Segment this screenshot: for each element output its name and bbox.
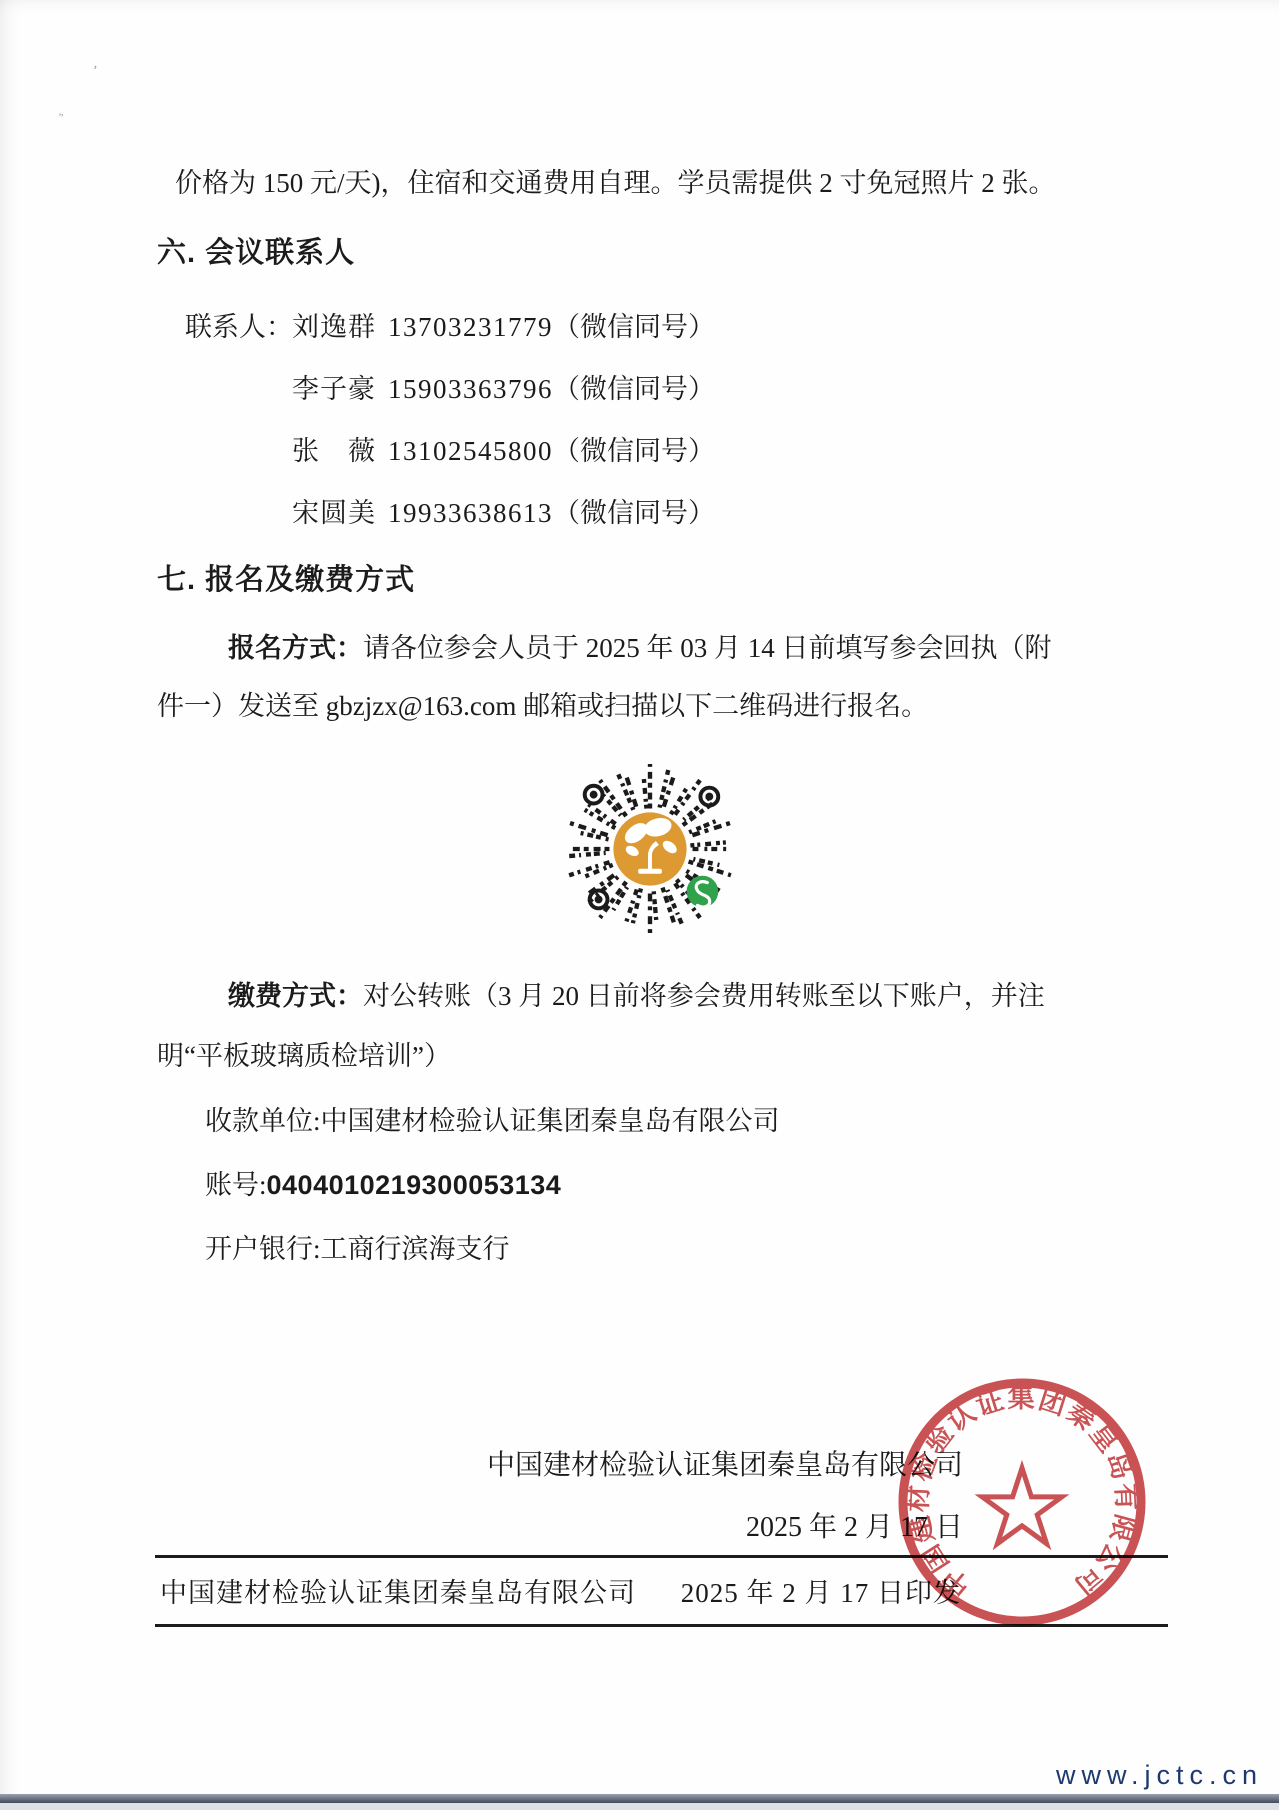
phone-number: 19933638613 — [388, 498, 553, 528]
account-label: 账号: — [205, 1170, 267, 1200]
phone-number: 13703231779 — [388, 312, 553, 342]
signup-line-1: 报名方式：请各位参会人员于 2025 年 03 月 14 日前填写参会回执（附 — [228, 631, 1052, 665]
signup-text: 请各位参会人员于 2025 年 03 月 14 日前填写参会回执（附 — [363, 633, 1052, 663]
footer-strip — [0, 1803, 1279, 1810]
payment-label: 缴费方式： — [228, 981, 363, 1011]
contacts-label: 联系人： — [185, 310, 293, 344]
miniprogram-badge-icon — [687, 876, 719, 908]
payee-line: 收款单位:中国建材检验认证集团秦皇岛有限公司 — [205, 1104, 780, 1138]
scan-speck: ’ — [90, 64, 98, 81]
scan-speck: ” — [57, 112, 64, 125]
seal-star-icon — [982, 1468, 1062, 1544]
payment-line-1: 缴费方式：对公转账（3 月 20 日前将参会费用转账至以下账户，并注 — [228, 979, 1045, 1013]
footer-company: 中国建材检验认证集团秦皇岛有限公司 — [160, 1571, 636, 1610]
phone-number: 13102545800 — [388, 436, 553, 466]
contact-phone: 19933638613（微信同号） — [388, 496, 715, 530]
section6-title: 六. 会议联系人 — [157, 236, 355, 270]
signup-line-2: 件一）发送至 gbzjzx@163.com 邮箱或扫描以下二维码进行报名。 — [157, 689, 928, 723]
bank-line: 开户银行:工商行滨海支行 — [205, 1232, 510, 1266]
contact-name: 李子豪 — [292, 372, 376, 406]
qr-center-logo — [613, 812, 686, 885]
contact-phone: 13102545800（微信同号） — [388, 434, 715, 468]
contact-name: 刘逸群 — [292, 310, 376, 344]
signup-label: 报名方式： — [228, 633, 363, 663]
account-number: 0404010219300053134 — [267, 1170, 562, 1200]
contact-name: 宋圆美 — [292, 496, 376, 530]
intro-line: 价格为 150 元/天)，住宿和交通费用自理。学员需提供 2 寸免冠照片 2 张… — [175, 166, 1056, 200]
contact-phone: 15903363796（微信同号） — [388, 372, 715, 406]
company-seal-stamp: 中国建材检验认证集团秦皇岛有限公司 — [892, 1372, 1152, 1632]
contact-phone: 13703231779（微信同号） — [388, 310, 715, 344]
section7-title: 七. 报名及缴费方式 — [157, 563, 415, 597]
footer-bar — [0, 1794, 1279, 1803]
scanned-document-page: ’ ” 价格为 150 元/天)，住宿和交通费用自理。学员需提供 2 寸免冠照片… — [0, 0, 1279, 1810]
qr-code — [561, 760, 739, 938]
payment-text: 对公转账（3 月 20 日前将参会费用转账至以下账户，并注 — [363, 981, 1045, 1011]
contact-name: 张 薇 — [292, 434, 376, 468]
phone-number: 15903363796 — [388, 374, 553, 404]
wechat-note: （微信同号） — [553, 498, 715, 528]
website-url: www.jctc.cn — [1056, 1760, 1263, 1791]
wechat-note: （微信同号） — [553, 436, 715, 466]
account-line: 账号:0404010219300053134 — [205, 1168, 561, 1202]
wechat-note: （微信同号） — [553, 312, 715, 342]
payment-line-2: 明“平板玻璃质检培训”） — [157, 1039, 451, 1073]
wechat-note: （微信同号） — [553, 374, 715, 404]
